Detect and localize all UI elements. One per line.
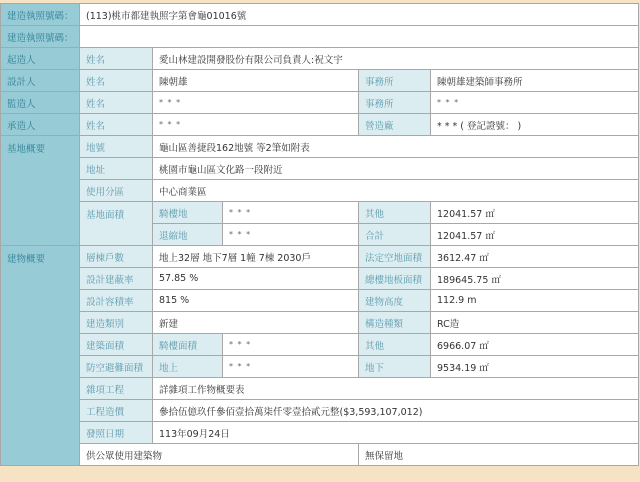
- building-reserved-land-value: 無保留地: [359, 444, 639, 466]
- site-total-label: 合計: [359, 224, 431, 246]
- building-arcade-area-value: * * *: [223, 334, 359, 356]
- building-floors-row: 建物概要 層棟戶數 地上32層 地下7層 1幢 7棟 2030戶 法定空地面積 …: [1, 246, 639, 268]
- building-height-value: 112.9 m: [431, 290, 639, 312]
- building-floors-value: 地上32層 地下7層 1幢 7棟 2030戶: [153, 246, 359, 268]
- building-far-value: 815 %: [153, 290, 359, 312]
- building-coverage-value: 57.85 %: [153, 268, 359, 290]
- permit-number-row-2: 建造執照號碼：: [1, 26, 639, 48]
- site-arcade-value: * * *: [223, 202, 359, 224]
- owner-label: 起造人: [1, 48, 80, 70]
- building-far-row: 設計容積率 815 % 建物高度 112.9 m: [1, 290, 639, 312]
- contractor-firm-value: * * * ( 登記證號： ): [431, 114, 639, 136]
- building-below-label: 地下: [359, 356, 431, 378]
- designer-name-label: 姓名: [80, 70, 153, 92]
- contractor-firm-label: 營造廠: [359, 114, 431, 136]
- building-misc-label: 雜項工程: [80, 378, 153, 400]
- site-other-value: 12041.57 ㎡: [431, 202, 639, 224]
- building-other-label: 其他: [359, 334, 431, 356]
- owner-name-value: 愛山林建設開發股份有限公司負責人:祝文宇: [153, 48, 639, 70]
- permit-number-row: 建造執照號碼： (113)桃市都建執照字第會龜01016號: [1, 4, 639, 26]
- building-permit-panel: 建造執照號碼： (113)桃市都建執照字第會龜01016號 建造執照號碼： 起造…: [0, 3, 639, 466]
- supervisor-name-label: 姓名: [80, 92, 153, 114]
- site-address-label: 地址: [80, 158, 153, 180]
- contractor-row: 承造人 姓名 * * * 營造廠 * * * ( 登記證號： ): [1, 114, 639, 136]
- building-public-use-value: 供公眾使用建築物: [80, 444, 359, 466]
- building-area-row: 建築面積 騎樓面積 * * * 其他 6966.07 ㎡: [1, 334, 639, 356]
- building-cost-label: 工程造價: [80, 400, 153, 422]
- building-above-label: 地上: [153, 356, 223, 378]
- site-zoning-row: 使用分區 中心商業區: [1, 180, 639, 202]
- site-total-value: 12041.57 ㎡: [431, 224, 639, 246]
- building-coverage-row: 設計建蔽率 57.85 % 總樓地板面積 189645.75 ㎡: [1, 268, 639, 290]
- building-cost-value: 參拾伍億玖仟參佰壹拾萬柒仟零壹拾貳元整($3,593,107,012): [153, 400, 639, 422]
- building-height-label: 建物高度: [359, 290, 431, 312]
- permit-number-label-2: 建造執照號碼：: [1, 26, 80, 48]
- building-structure-label: 構造種類: [359, 312, 431, 334]
- building-misc-value: 詳雜項工作物概要表: [153, 378, 639, 400]
- building-coverage-label: 設計建蔽率: [80, 268, 153, 290]
- building-type-row: 建造類別 新建 構造種類 RC造: [1, 312, 639, 334]
- building-public-use-row: 供公眾使用建築物 無保留地: [1, 444, 639, 466]
- building-issue-date-row: 發照日期 113年09月24日: [1, 422, 639, 444]
- supervisor-label: 監造人: [1, 92, 80, 114]
- building-floor-area-label: 總樓地板面積: [359, 268, 431, 290]
- building-arcade-area-label: 騎樓面積: [153, 334, 223, 356]
- building-issue-date-value: 113年09月24日: [153, 422, 639, 444]
- building-misc-row: 雜項工程 詳雜項工作物概要表: [1, 378, 639, 400]
- designer-label: 設計人: [1, 70, 80, 92]
- site-address-value: 桃園市龜山區文化路一段附近: [153, 158, 639, 180]
- building-above-value: * * *: [223, 356, 359, 378]
- building-permit-table: 建造執照號碼： (113)桃市都建執照字第會龜01016號 建造執照號碼： 起造…: [0, 3, 639, 466]
- building-shelter-label: 防空避難面積: [80, 356, 153, 378]
- building-type-label: 建造類別: [80, 312, 153, 334]
- building-other-value: 6966.07 ㎡: [431, 334, 639, 356]
- building-overview-label: 建物概要: [1, 246, 80, 466]
- permit-number-value: (113)桃市都建執照字第會龜01016號: [80, 4, 639, 26]
- building-shelter-row: 防空避難面積 地上 * * * 地下 9534.19 ㎡: [1, 356, 639, 378]
- site-area-row-1: 基地面積 騎樓地 * * * 其他 12041.57 ㎡: [1, 202, 639, 224]
- permit-number-label: 建造執照號碼：: [1, 4, 80, 26]
- owner-row: 起造人 姓名 愛山林建設開發股份有限公司負責人:祝文宇: [1, 48, 639, 70]
- site-zoning-value: 中心商業區: [153, 180, 639, 202]
- building-issue-date-label: 發照日期: [80, 422, 153, 444]
- building-open-space-value: 3612.47 ㎡: [431, 246, 639, 268]
- supervisor-name-value: * * *: [153, 92, 359, 114]
- building-cost-row: 工程造價 參拾伍億玖仟參佰壹拾萬柒仟零壹拾貳元整($3,593,107,012): [1, 400, 639, 422]
- designer-row: 設計人 姓名 陳朝雄 事務所 陳朝雄建築師事務所: [1, 70, 639, 92]
- designer-name-value: 陳朝雄: [153, 70, 359, 92]
- building-open-space-label: 法定空地面積: [359, 246, 431, 268]
- site-setback-label: 退縮地: [153, 224, 223, 246]
- site-setback-value: * * *: [223, 224, 359, 246]
- building-area-label: 建築面積: [80, 334, 153, 356]
- site-lot-label: 地號: [80, 136, 153, 158]
- site-zoning-label: 使用分區: [80, 180, 153, 202]
- owner-name-label: 姓名: [80, 48, 153, 70]
- building-floors-label: 層棟戶數: [80, 246, 153, 268]
- contractor-label: 承造人: [1, 114, 80, 136]
- building-type-value: 新建: [153, 312, 359, 334]
- site-address-row: 地址 桃園市龜山區文化路一段附近: [1, 158, 639, 180]
- building-far-label: 設計容積率: [80, 290, 153, 312]
- building-below-value: 9534.19 ㎡: [431, 356, 639, 378]
- supervisor-office-label: 事務所: [359, 92, 431, 114]
- supervisor-row: 監造人 姓名 * * * 事務所 * * *: [1, 92, 639, 114]
- site-lot-value: 龜山區善捷段162地號 等2筆如附表: [153, 136, 639, 158]
- site-other-label: 其他: [359, 202, 431, 224]
- site-area-label: 基地面積: [80, 202, 153, 246]
- designer-office-label: 事務所: [359, 70, 431, 92]
- site-lot-row: 基地概要 地號 龜山區善捷段162地號 等2筆如附表: [1, 136, 639, 158]
- site-overview-label: 基地概要: [1, 136, 80, 246]
- building-floor-area-value: 189645.75 ㎡: [431, 268, 639, 290]
- contractor-name-value: * * *: [153, 114, 359, 136]
- site-arcade-label: 騎樓地: [153, 202, 223, 224]
- contractor-name-label: 姓名: [80, 114, 153, 136]
- permit-number-value-2: [80, 26, 639, 48]
- supervisor-office-value: * * *: [431, 92, 639, 114]
- designer-office-value: 陳朝雄建築師事務所: [431, 70, 639, 92]
- building-structure-value: RC造: [431, 312, 639, 334]
